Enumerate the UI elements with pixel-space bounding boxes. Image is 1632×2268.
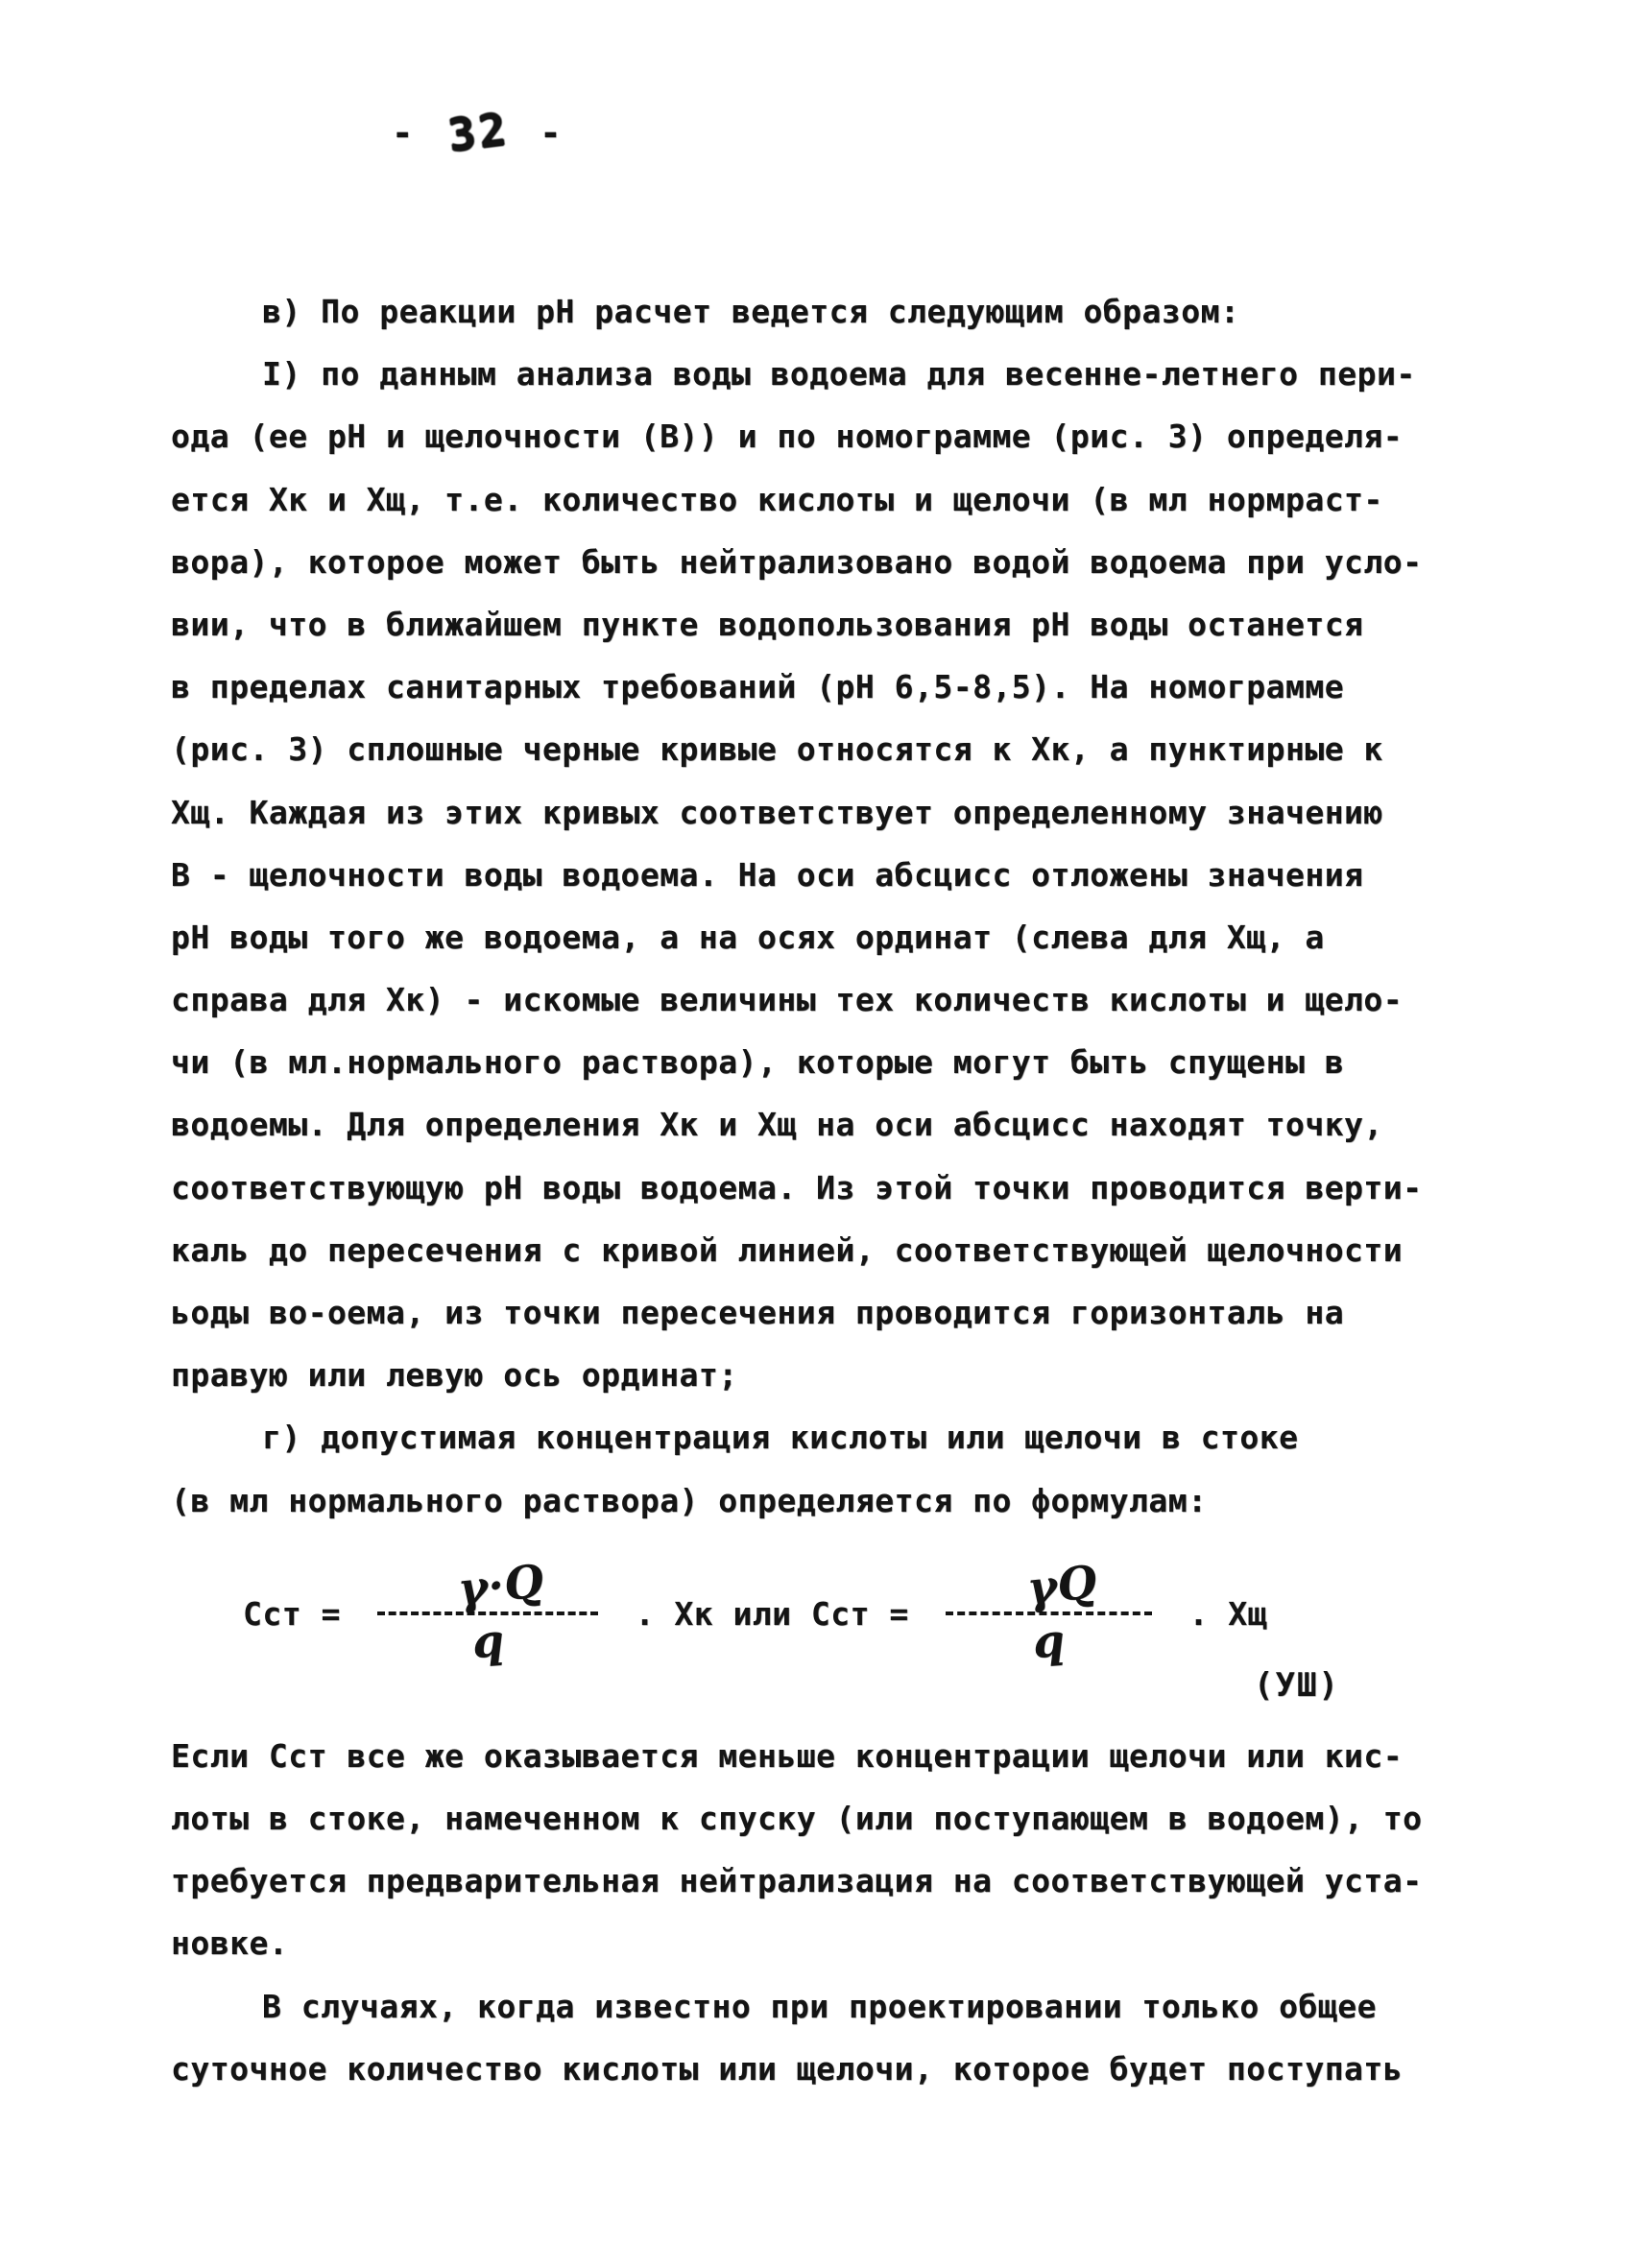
- text-line: ется Хк и Хщ, т.е. количество кислоты и …: [171, 468, 1496, 531]
- text-line: ьоды во-оема, из точки пересечения прово…: [171, 1281, 1496, 1344]
- fraction-1-numerator: γ·Q: [456, 1559, 546, 1612]
- text-line: (рис. 3) сплошные черные кривые относятс…: [171, 718, 1496, 780]
- fraction-1: γ·Q q: [377, 1564, 598, 1664]
- equation-lhs-1: Сст =: [243, 1595, 360, 1633]
- text-line: вора), которое может быть нейтрализовано…: [171, 531, 1496, 593]
- text-line: требуется предварительная нейтрализация …: [171, 1850, 1496, 1912]
- text-line: соответствующую рН воды водоема. Из этой…: [171, 1157, 1496, 1219]
- text-line: водоемы. Для определения Хк и Хщ на оси …: [171, 1093, 1496, 1156]
- text-line: (в мл нормального раствора) определяется…: [171, 1469, 1496, 1532]
- equation-lhs-2: Сст =: [811, 1595, 928, 1633]
- equation-rhs-2: . Хщ: [1169, 1595, 1267, 1633]
- text-line: чи (в мл.нормального раствора), которые …: [171, 1031, 1496, 1093]
- text-line: суточное количество кислоты или щелочи, …: [171, 2038, 1496, 2100]
- equation-rhs-1: . Хк: [615, 1595, 732, 1633]
- text-line: Хщ. Каждая из этих кривых соответствует …: [171, 781, 1496, 844]
- text-line: ода (ее рН и щелочности (В)) и по номогр…: [171, 405, 1496, 467]
- fraction-1-denominator: q: [470, 1618, 506, 1665]
- text-line: Если Сст все же оказывается меньше конце…: [171, 1725, 1496, 1787]
- page-number-dash-left: -: [392, 112, 417, 154]
- fraction-2-denominator: q: [1031, 1618, 1067, 1665]
- text-line: в) По реакции рН расчет ведется следующи…: [171, 280, 1496, 343]
- text-line: лоты в стоке, намеченном к спуску (или п…: [171, 1787, 1496, 1850]
- text-line: новке.: [171, 1912, 1496, 1974]
- fraction-2-numerator: γQ: [1025, 1560, 1099, 1611]
- page-number-value: 32: [445, 103, 512, 161]
- text-line: вии, что в ближайшем пункте водопользова…: [171, 593, 1496, 656]
- equation-viii: Сст = γ·Q q . Хк или Сст = γQ q . Хщ (УШ…: [171, 1532, 1496, 1725]
- text-line: В случаях, когда известно при проектиров…: [171, 1975, 1496, 2038]
- body-text: в) По реакции рН расчет ведется следующи…: [171, 280, 1496, 2100]
- equation-or: или: [732, 1595, 810, 1633]
- document-page: - 32 - в) По реакции рН расчет ведется с…: [0, 0, 1632, 2268]
- text-line: в пределах санитарных требований (рН 6,5…: [171, 656, 1496, 718]
- equation-row: Сст = γ·Q q . Хк или Сст = γQ q . Хщ: [243, 1532, 1496, 1664]
- text-line: справа для Хк) - искомые величины тех ко…: [171, 968, 1496, 1031]
- text-line: правую или левую ось ординат;: [171, 1344, 1496, 1406]
- text-line: каль до пересечения с кривой линией, соо…: [171, 1219, 1496, 1281]
- text-line: В - щелочности воды водоема. На оси абсц…: [171, 844, 1496, 906]
- equation-number-label: (УШ): [1254, 1666, 1340, 1705]
- text-line: г) допустимая концентрация кислоты или щ…: [171, 1406, 1496, 1468]
- fraction-2: γQ q: [946, 1564, 1152, 1664]
- page-number-dash-right: -: [540, 112, 564, 154]
- text-line: рН воды того же водоема, а на осях ордин…: [171, 906, 1496, 968]
- page-number: - 32 -: [392, 104, 565, 155]
- text-line: I) по данным анализа воды водоема для ве…: [171, 343, 1496, 405]
